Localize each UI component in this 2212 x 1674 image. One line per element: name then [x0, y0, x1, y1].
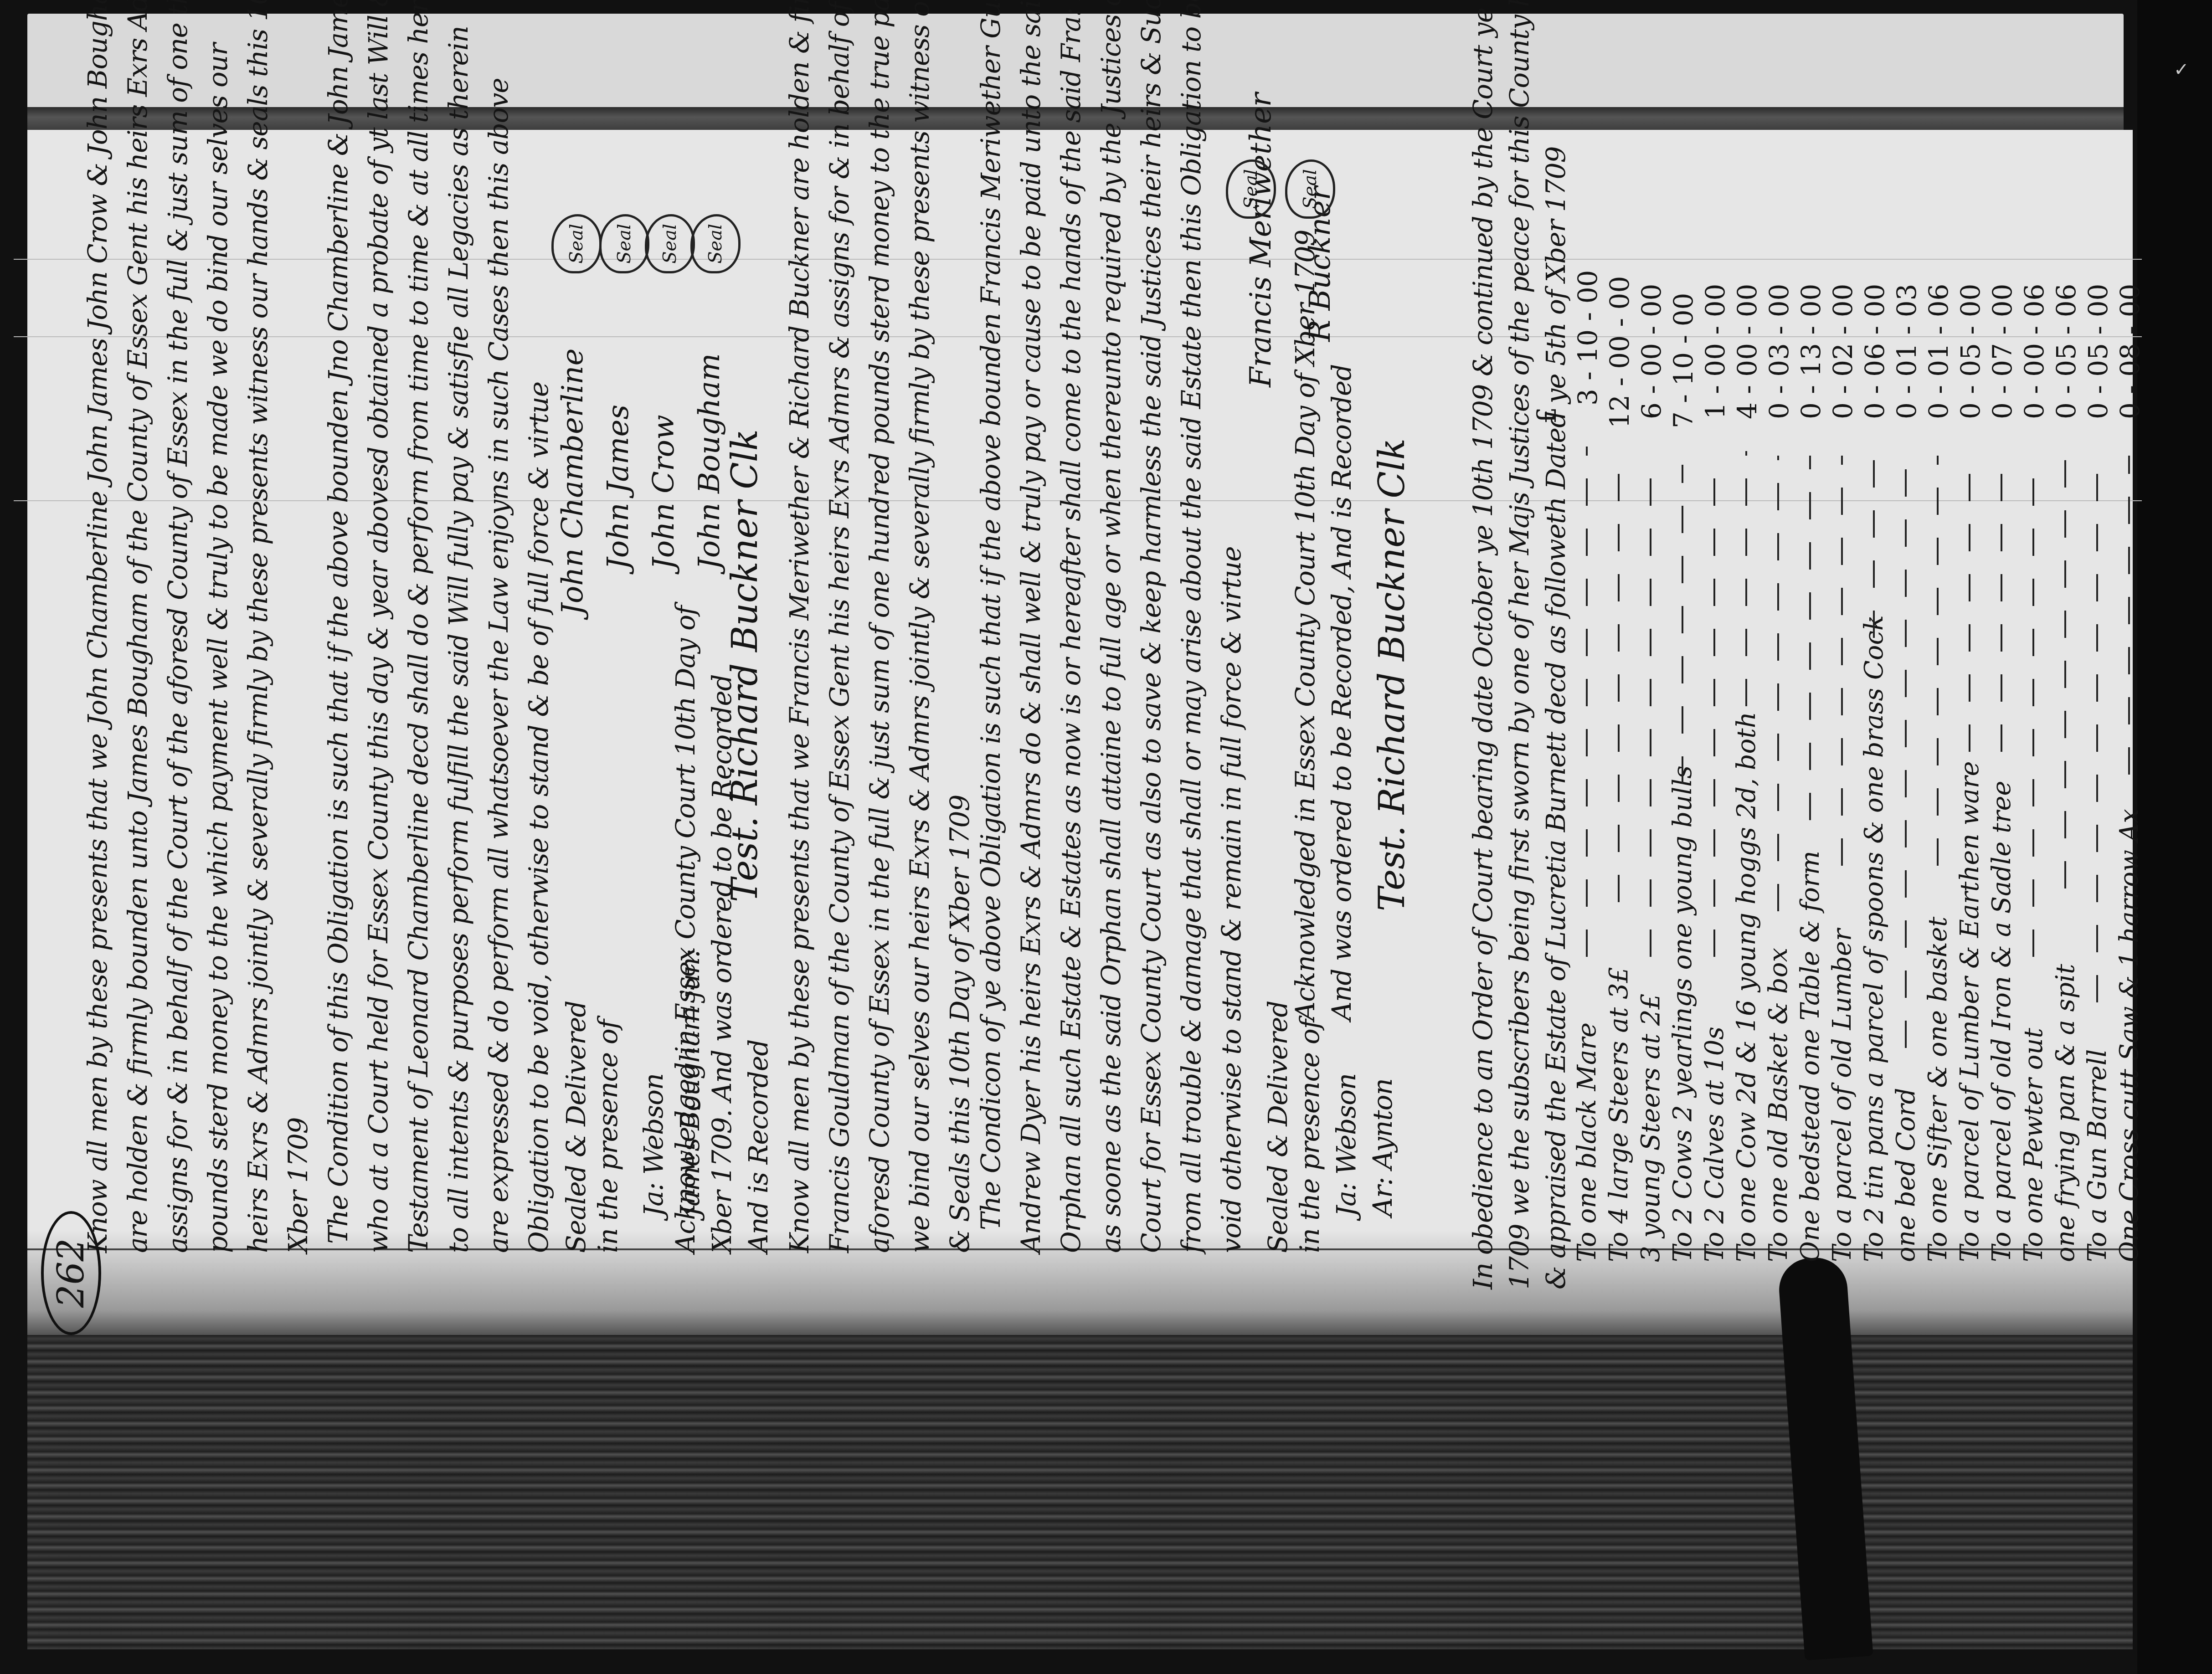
inventory-item: To a Gun Barrell	[2083, 1049, 2112, 1262]
inventory-item: To 4 large Steers at 3£	[1604, 967, 1634, 1262]
bond1-line: Xber 1709	[283, 1117, 314, 1253]
inventory-intro: & appraised the Estate of Lucretia Burne…	[1540, 147, 1571, 1289]
inventory-item: To 2 Calves at 10s	[1700, 1027, 1729, 1262]
bond2-condition: as soone as the said Orphan shall attain…	[1096, 0, 1127, 1253]
bond2-line: Know all men by these presents that we F…	[784, 0, 815, 1253]
inventory-intro: In obedience to an Order of Court bearin…	[1467, 0, 1498, 1289]
bond2-line: aforesd County of Essex in the full & ju…	[864, 0, 895, 1253]
inventory-item: To 2 Cows 2 yearlings one young bulls	[1668, 765, 1698, 1262]
inventory-item: 3 young Steers at 2£	[1636, 993, 1666, 1262]
item-amount: 4 - 00 - 00	[1732, 284, 1763, 419]
clerk-signature: Test. Richard Buckner Clk	[725, 429, 766, 902]
bond2-condition: Andrew Dyer his heirs Exrs & Admrs do & …	[1015, 0, 1046, 1253]
bond1-condition: Obligation to be void, otherwise to stan…	[523, 382, 554, 1253]
scan-border	[2137, 0, 2212, 1674]
inventory-item: One Cross cutt Saw & 1 harrow Ax	[2114, 809, 2144, 1262]
clerk-signature: Test. Richard Buckner Clk	[1372, 438, 1413, 911]
signatory: Francis Meriwether	[1244, 93, 1278, 387]
seal-icon: Seal	[645, 214, 695, 273]
leader-line	[1618, 469, 1620, 902]
item-amount: 7 - 10 - 00	[1668, 293, 1699, 428]
inventory-intro: 1709 we the subscribers being first swor…	[1504, 0, 1535, 1289]
item-amount: 0 - 05 - 00	[2083, 284, 2114, 419]
item-amount: 0 - 03 - 00	[1764, 284, 1795, 419]
signatory: John Chamberline	[556, 349, 590, 615]
leader-line	[2064, 456, 2066, 888]
item-amount: 0 - 01 - 03	[1891, 284, 1922, 419]
item-amount: 0 - 08 - 00	[2114, 284, 2145, 419]
leader-line	[1841, 456, 1843, 866]
bond1-condition: who at a Court held for Essex County thi…	[363, 0, 394, 1253]
item-amount: 0 - 07 - 00	[1987, 284, 2018, 419]
witness-header: Sealed & Delivered	[1262, 1001, 1293, 1253]
inventory-item: To one Pewter out	[2019, 1028, 2048, 1262]
seal-icon: Seal	[690, 214, 741, 273]
item-amount: 0 - 05 - 06	[2051, 284, 2082, 419]
bond1-line: heirs Exrs & Admrs jointly & severally f…	[242, 0, 273, 1253]
bond1-condition: are expressed & do perform all whatsoeve…	[483, 78, 514, 1253]
seal-icon: Seal	[1226, 159, 1276, 219]
bond2-condition: from all trouble & damage that shall or …	[1176, 0, 1207, 1253]
bond1-line: are holden & firmly bounden unto James B…	[122, 0, 153, 1253]
inventory-item: one bed Cord	[1891, 1088, 1921, 1262]
inventory-item: one frying pan & a spit	[2051, 964, 2080, 1262]
leader-line	[1809, 456, 1811, 820]
bond1-line: pounds sterd money to the which payment …	[202, 43, 233, 1253]
item-amount: 0 - 06 - 00	[1859, 284, 1890, 419]
item-amount: 6 - 00 - 00	[1636, 284, 1667, 419]
acknowledgement: Acknowledged in Essex County Court 10th …	[670, 606, 701, 1253]
item-amount: 3 - 10 - 00	[1572, 270, 1603, 406]
inventory-item: One bedstead one Table & form	[1795, 851, 1825, 1262]
inventory-item: To one Cow 2d & 16 young hoggs 2d, both	[1732, 712, 1761, 1262]
leader-line	[1713, 456, 1715, 957]
signatory: John Bougham	[693, 353, 726, 570]
bond2-line: & Seals this 10th Day of Xber 1709	[944, 795, 975, 1253]
inventory-item: To a parcel of old Iron & a Sadle tree	[1987, 781, 2017, 1262]
leader-line	[2001, 456, 2002, 752]
leader-line	[2128, 456, 2130, 775]
leader-line	[1586, 447, 1588, 957]
bond2-condition: Orphan all such Estate & Estates as now …	[1055, 0, 1086, 1253]
leader-line	[1969, 456, 1970, 752]
witness-name: Ja: Webson	[1331, 1073, 1362, 1217]
bond2-line: Francis Gouldman of the County of Essex …	[824, 0, 855, 1253]
leader-line	[1777, 456, 1779, 911]
rotated-document: 262 Know all men by these presents that …	[14, 118, 2142, 1367]
acknowledgement: And was ordered to be Recorded, And is R…	[1326, 365, 1357, 1021]
bond2-condition: void otherwise to stand & remain in full…	[1216, 546, 1247, 1253]
inventory-item: To one old Basket & box	[1764, 948, 1793, 1262]
inventory-item: To a parcel of old Lumber	[1827, 929, 1857, 1262]
bond1-condition: to all intents & purposes perform fulfil…	[443, 26, 474, 1253]
bond2-line: we bind our selves our heirs Exrs & Admr…	[904, 0, 935, 1253]
leader-line	[2032, 456, 2034, 957]
bond1-line: Know all men by these presents that we J…	[82, 0, 113, 1253]
currency-header: £	[1531, 407, 1562, 424]
leader-line	[1937, 456, 1939, 866]
leader-line	[1745, 451, 1747, 706]
leader-line	[1873, 456, 1875, 638]
item-amount: 0 - 13 - 00	[1795, 284, 1826, 419]
leader-line	[1905, 456, 1907, 1048]
signatory: John Crow	[647, 415, 681, 570]
witness-header: in the presence of	[592, 1020, 623, 1253]
signatory: John James	[602, 405, 635, 570]
witness-header: in the presence of	[1294, 1020, 1325, 1253]
item-amount: 12 - 00 - 00	[1604, 276, 1635, 428]
inventory-item: To a parcel of Lumber & Earthen ware	[1955, 761, 1985, 1262]
leader-line	[1682, 465, 1683, 784]
witness-header: Sealed & Delivered	[561, 1001, 592, 1253]
bond1-line: assigns for & in behalf of the Court of …	[162, 0, 193, 1253]
seal-icon: Seal	[1285, 159, 1335, 219]
acknowledgement: And is Recorded	[743, 1040, 774, 1253]
check-mark-icon: ✓	[2174, 59, 2189, 80]
bond2-condition: The Condicon of ye above Obligation is s…	[975, 0, 1006, 1230]
bond1-condition: Testament of Leonard Chamberline decd sh…	[403, 0, 434, 1253]
item-amount: 0 - 05 - 00	[1955, 284, 1986, 419]
bond1-condition: The Condition of this Obligation is such…	[323, 0, 354, 1244]
item-amount: 1 - 00 - 00	[1700, 284, 1731, 419]
bond2-condition: Court for Essex County Court as also to …	[1136, 0, 1167, 1253]
item-amount: 0 - 02 - 00	[1827, 284, 1858, 419]
leader-line	[1650, 456, 1651, 957]
inventory-item: To 2 tin pans a parcel of spoons & one b…	[1859, 615, 1889, 1262]
item-amount: 0 - 01 - 06	[1923, 284, 1954, 419]
seal-icon: Seal	[599, 214, 649, 273]
witness-name: Ar: Aynton	[1367, 1078, 1398, 1217]
inventory-item: To one black Mare	[1572, 1022, 1602, 1262]
seal-icon: Seal	[551, 214, 602, 273]
acknowledgement: Acknowledged in Essex County Court 10th …	[1290, 230, 1321, 1021]
item-amount: 0 - 00 - 06	[2019, 284, 2050, 419]
inventory-item: To one Sifter & one basket	[1923, 917, 1953, 1262]
leader-line	[2096, 456, 2098, 1002]
witness-name: Ja: Webson	[638, 1073, 669, 1217]
